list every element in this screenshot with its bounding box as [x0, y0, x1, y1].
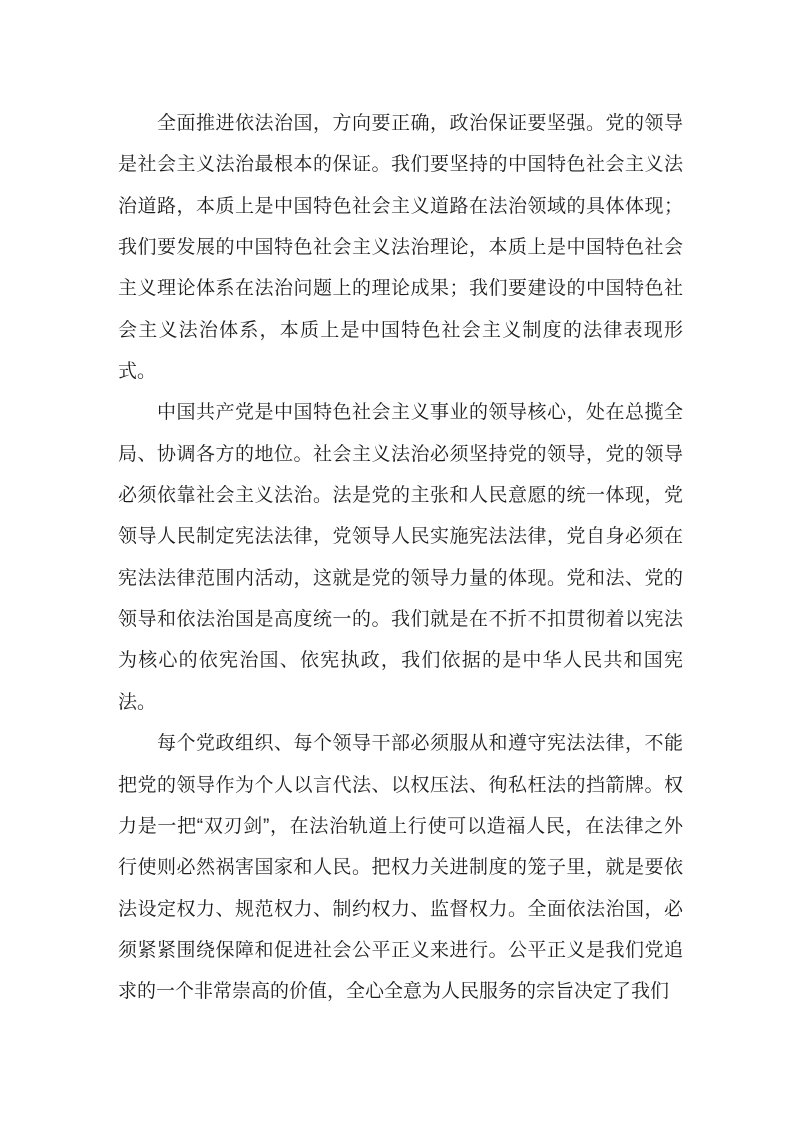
text-line: 宪法法律范围内活动，这就是党的领导力量的体现。党和法、党的	[118, 558, 683, 599]
paragraph-1: 全面推进依法治国，方向要正确，政治保证要坚强。党的领导是社会主义法治最根本的保证…	[118, 103, 683, 392]
text-line: 力是一把“双刃剑”，在法治轨道上行使可以造福人民，在法律之外	[118, 806, 683, 847]
text-line: 是社会主义法治最根本的保证。我们要坚持的中国特色社会主义法	[118, 144, 683, 185]
text-line: 我们要发展的中国特色社会主义法治理论，本质上是中国特色社会	[118, 227, 683, 268]
text-line: 须紧紧围绕保障和促进社会公平正义来进行。公平正义是我们党追	[118, 930, 683, 971]
paragraph-2: 中国共产党是中国特色社会主义事业的领导核心，处在总揽全局、协调各方的地位。社会主…	[118, 392, 683, 723]
text-line: 法设定权力、规范权力、制约权力、监督权力。全面依法治国，必	[118, 889, 683, 930]
text-line: 治道路，本质上是中国特色社会主义道路在法治领域的具体体现；	[118, 186, 683, 227]
text-line: 领导人民制定宪法法律，党领导人民实施宪法法律，党自身必须在	[118, 516, 683, 557]
text-line: 领导和依法治国是高度统一的。我们就是在不折不扣贯彻着以宪法	[118, 599, 683, 640]
document-text-block: 全面推进依法治国，方向要正确，政治保证要坚强。党的领导是社会主义法治最根本的保证…	[118, 103, 683, 1013]
text-line: 行使则必然祸害国家和人民。把权力关进制度的笼子里，就是要依	[118, 847, 683, 888]
text-line: 必须依靠社会主义法治。法是党的主张和人民意愿的统一体现，党	[118, 475, 683, 516]
text-line: 会主义法治体系，本质上是中国特色社会主义制度的法律表现形	[118, 310, 683, 351]
text-line: 式。	[118, 351, 683, 392]
text-line: 为核心的依宪治国、依宪执政，我们依据的是中华人民共和国宪	[118, 640, 683, 681]
text-line: 求的一个非常崇高的价值，全心全意为人民服务的宗旨决定了我们	[118, 971, 683, 1012]
text-line: 主义理论体系在法治问题上的理论成果；我们要建设的中国特色社	[118, 268, 683, 309]
text-line: 把党的领导作为个人以言代法、以权压法、徇私枉法的挡箭牌。权	[118, 765, 683, 806]
text-line: 法。	[118, 682, 683, 723]
text-line: 局、协调各方的地位。社会主义法治必须坚持党的领导，党的领导	[118, 434, 683, 475]
paragraph-3: 每个党政组织、每个领导干部必须服从和遵守宪法法律，不能把党的领导作为个人以言代法…	[118, 723, 683, 1012]
text-line: 中国共产党是中国特色社会主义事业的领导核心，处在总揽全	[118, 392, 683, 433]
text-line: 全面推进依法治国，方向要正确，政治保证要坚强。党的领导	[118, 103, 683, 144]
document-page: 全面推进依法治国，方向要正确，政治保证要坚强。党的领导是社会主义法治最根本的保证…	[0, 0, 800, 1130]
text-line: 每个党政组织、每个领导干部必须服从和遵守宪法法律，不能	[118, 723, 683, 764]
